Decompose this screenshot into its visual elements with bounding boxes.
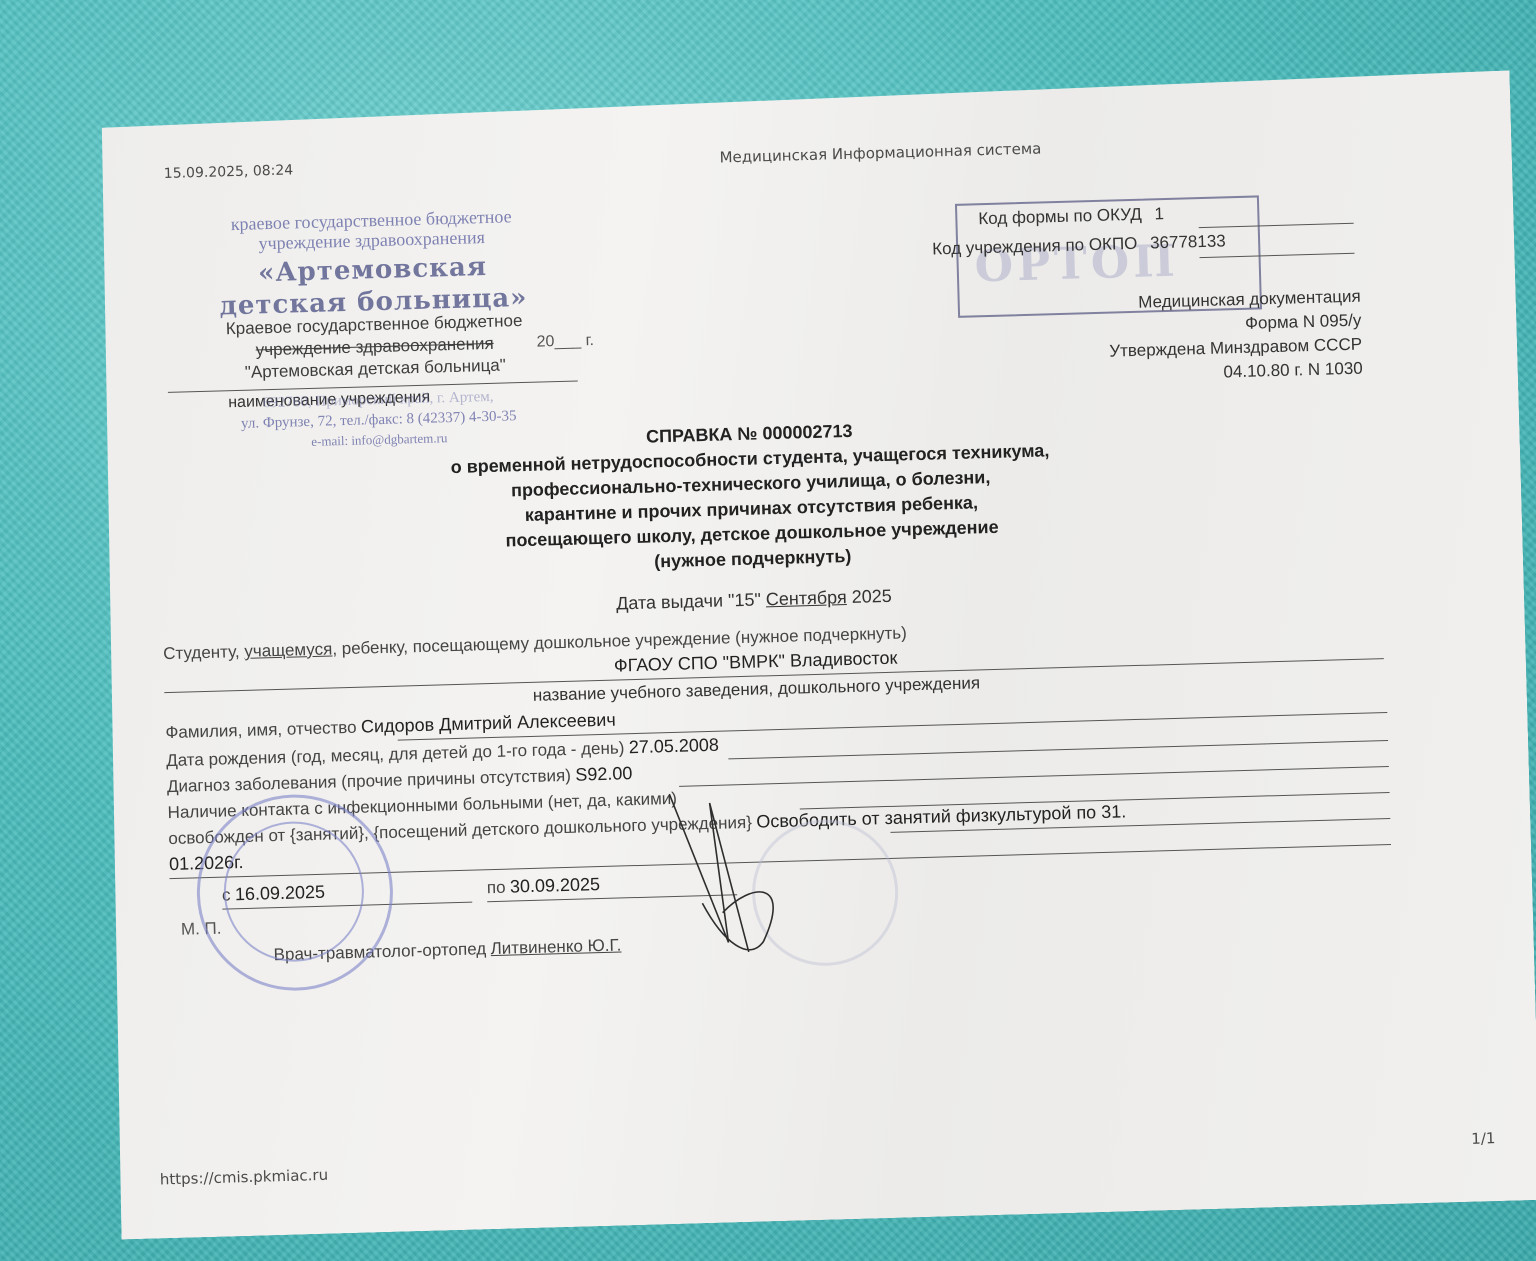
okpo-value: 36778133 [1150, 231, 1226, 252]
issue-day: "15" [728, 589, 761, 610]
field-full-name: Фамилия, имя, отчество Сидоров Дмитрий А… [165, 710, 616, 744]
medical-certificate-paper: 15.09.2025, 08:24 Медицинская Информацио… [90, 70, 1536, 1239]
issue-date-label: Дата выдачи [616, 591, 723, 614]
period-to: по 30.09.2025 [487, 874, 601, 898]
period-to-label: по [487, 878, 506, 898]
diagnosis-value: S92.00 [575, 763, 633, 785]
full-name-label: Фамилия, имя, отчество [165, 718, 357, 742]
full-name-value: Сидоров Дмитрий Алексеевич [361, 710, 616, 737]
recipient-selected: учащемуся [244, 639, 332, 660]
issue-year: 2025 [851, 586, 892, 607]
printed-datetime: 15.09.2025, 08:24 [164, 162, 294, 182]
institution-printed: Краевое государственное бюджетное учрежд… [174, 309, 576, 386]
footer-url: https://cmis.pkmiac.ru [160, 1166, 329, 1189]
doctor-name: Литвиненко Ю.Г. [490, 935, 621, 958]
signature-scribble-icon [649, 790, 814, 964]
okud-label: Код формы по ОКУД [978, 205, 1142, 229]
issue-month: Сентября [766, 587, 847, 609]
system-name: Медицинская Информационная система [719, 139, 1041, 166]
certificate-title-block: СПРАВКА № 000002713 о временной нетрудос… [389, 412, 1113, 582]
institution-year-suffix: 20___ г. [536, 332, 594, 352]
birth-date-value: 27.05.2008 [629, 735, 720, 758]
okud-value: 1 [1154, 204, 1164, 223]
form-info: Медицинская документация Форма N 095/у У… [1016, 285, 1364, 391]
recipient-prefix: Студенту, [163, 642, 240, 663]
birth-date-underline [728, 740, 1388, 759]
institution-stamp: краевое государственное бюджетное учрежд… [171, 205, 574, 324]
period-to-value: 30.09.2025 [510, 874, 601, 897]
page-number: 1/1 [1471, 1129, 1496, 1148]
issue-date: Дата выдачи "15" Сентября 2025 [394, 580, 1114, 621]
diagnosis-underline [679, 766, 1389, 787]
